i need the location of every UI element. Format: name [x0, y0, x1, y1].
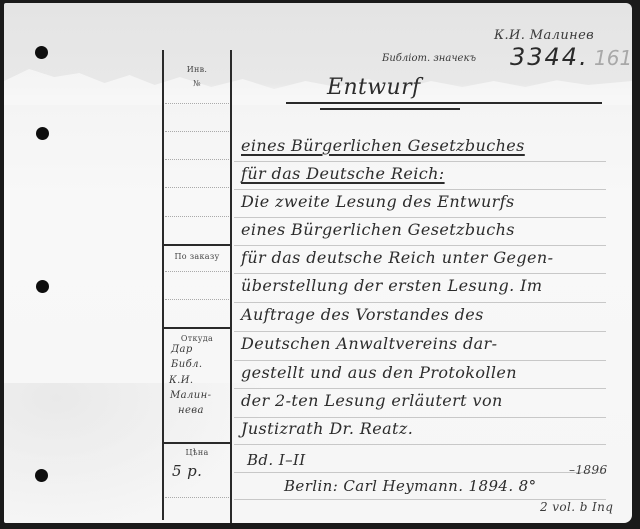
row-divider — [165, 497, 229, 498]
entry-line-9: gestellt und aus den Protokollen — [241, 363, 517, 382]
call-number: 3344. — [510, 43, 589, 71]
entry-line-3: Die zweite Lesung des Entwurfs — [241, 192, 515, 211]
punch-hole — [36, 280, 49, 293]
entry-line-1: eines Bürgerlichen Gesetzbuches — [241, 136, 525, 155]
volumes-note: 2 vol. b Inq — [540, 500, 613, 514]
owner-signature: К.И. Малинев — [494, 28, 594, 43]
section-divider — [163, 244, 231, 246]
price-label: Цѣна — [164, 448, 230, 457]
section-divider — [163, 327, 231, 329]
source-line-3: К.И. — [169, 375, 193, 386]
section-divider — [163, 442, 231, 444]
row-divider — [165, 131, 229, 132]
ruled-line — [234, 444, 606, 445]
entry-line-10: der 2-ten Lesung erläutert von — [241, 391, 503, 410]
ruled-line — [234, 217, 606, 218]
punch-hole — [35, 46, 48, 59]
water-stain — [4, 65, 632, 105]
volume-range: Bd. I–II — [247, 451, 306, 469]
row-divider — [165, 299, 229, 300]
ruled-line — [234, 161, 606, 162]
entry-line-7: Auftrage des Vorstandes des — [241, 305, 484, 324]
row-divider — [165, 271, 229, 272]
ruled-line — [234, 302, 606, 303]
punch-hole — [36, 127, 49, 140]
entry-line-2: für das Deutsche Reich: — [241, 164, 445, 183]
imprint: Berlin: Carl Heymann. 1894. 8° — [284, 477, 537, 495]
heading-rule-short — [320, 108, 460, 110]
ruled-line — [234, 273, 606, 274]
source-line-4: Малин- — [170, 390, 211, 401]
row-divider — [165, 187, 229, 188]
price-value: 5 р. — [172, 462, 202, 480]
inv-no-label: № — [164, 79, 230, 88]
ruled-line — [234, 245, 606, 246]
source-label: Откуда — [164, 334, 230, 343]
ruled-line — [234, 417, 606, 418]
left-column-border-right — [230, 50, 232, 523]
ruled-line — [234, 331, 606, 332]
entry-line-6: überstellung der ersten Lesung. Im — [241, 276, 542, 295]
entry-line-8: Deutschen Anwaltvereins dar- — [241, 334, 497, 353]
ruled-line — [234, 388, 606, 389]
source-line-2: Библ. — [171, 359, 202, 370]
row-divider — [165, 103, 229, 104]
call-number-label: Библіот. значекъ — [382, 53, 476, 64]
source-line-5: нева — [178, 405, 204, 416]
catalog-card: К.И. Малинев Библіот. значекъ 3344. 161 … — [4, 3, 632, 523]
row-divider — [165, 216, 229, 217]
imprint-end-year: –1896 — [569, 463, 608, 477]
heading-rule — [286, 102, 602, 104]
source-line-1: Дар — [171, 344, 193, 355]
punch-hole — [35, 469, 48, 482]
inv-label: Инв. — [164, 65, 230, 74]
ruled-line — [234, 189, 606, 190]
entry-line-4: eines Bürgerlichen Gesetzbuchs — [241, 220, 515, 239]
entry-line-11: Justizrath Dr. Reatz. — [241, 419, 413, 438]
row-divider — [165, 159, 229, 160]
entry-line-5: für das deutsche Reich unter Gegen- — [241, 248, 553, 267]
card-heading: Entwurf — [327, 75, 421, 100]
call-number-pencil: 161 — [594, 46, 632, 70]
order-label: По заказу — [164, 252, 230, 261]
ruled-line — [234, 472, 606, 473]
ruled-line — [234, 360, 606, 361]
